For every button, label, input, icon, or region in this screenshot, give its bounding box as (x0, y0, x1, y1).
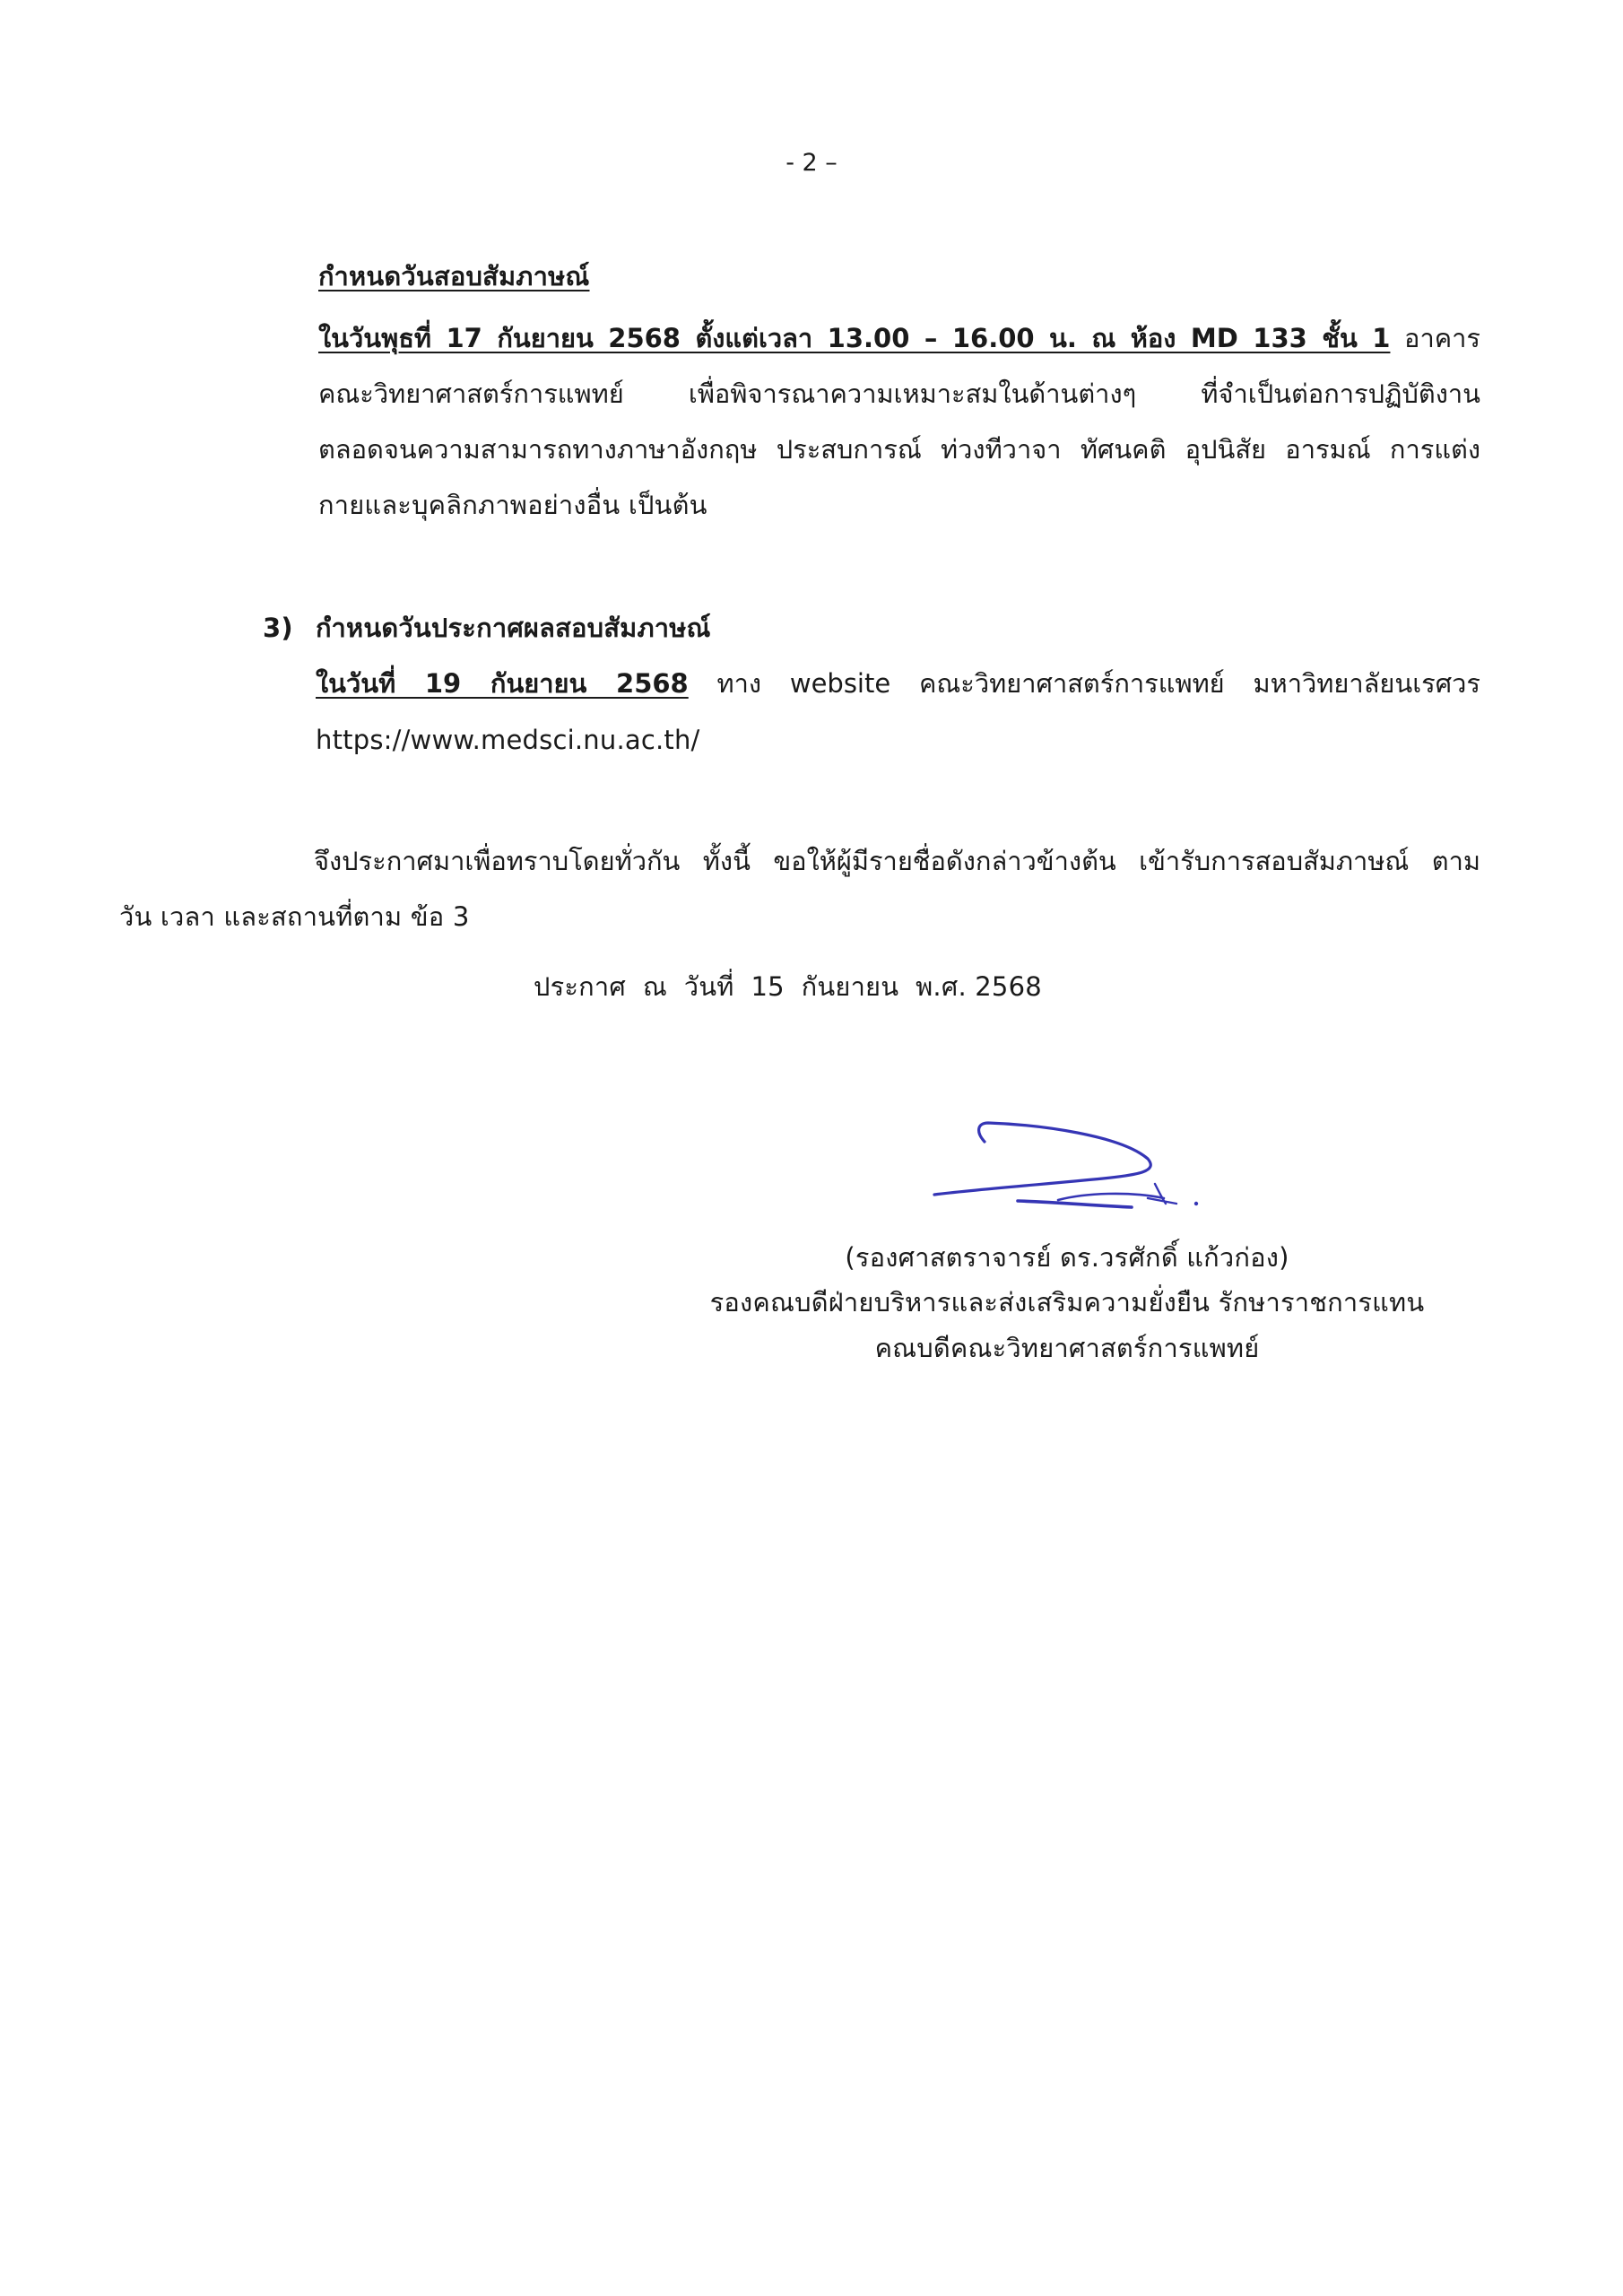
signatory-name: (รองศาสตราจารย์ ดร.วรศักดิ์ แก้วก่อง) (619, 1239, 1515, 1275)
result-date: ในวันที่ 19 กันยายน 2568 (316, 668, 689, 699)
interview-body-line-2: ตลอดจนความสามารถทางภาษาอังกฤษ ประสบการณ์… (318, 431, 1480, 467)
result-heading: กำหนดวันประกาศผลสอบสัมภาษณ์ (316, 610, 711, 646)
closing-line-1: จึงประกาศมาเพื่อทราบโดยทั่วกัน ทั้งนี้ ข… (314, 843, 1480, 879)
interview-body-line-3: กายและบุคลิกภาพอย่างอื่น เป็นต้น (318, 487, 707, 523)
interview-date: ในวันพุธที่ 17 กันยายน 2568 ตั้งแต่เวลา … (318, 323, 1390, 353)
page-number: - 2 – (0, 149, 1623, 177)
interview-date-tail: อาคาร (1390, 323, 1480, 353)
result-date-tail: ทาง website คณะวิทยาศาสตร์การแพทย์ มหาวิ… (689, 668, 1480, 699)
result-number: 3) (263, 610, 293, 646)
interview-date-line: ในวันพุธที่ 17 กันยายน 2568 ตั้งแต่เวลา … (318, 320, 1480, 356)
signature-image (924, 1112, 1211, 1211)
result-date-line: ในวันที่ 19 กันยายน 2568 ทาง website คณะ… (316, 665, 1480, 701)
announced-date: ประกาศ ณ วันที่ 15 กันยายน พ.ศ. 2568 (534, 969, 1042, 1004)
result-url[interactable]: https://www.medsci.nu.ac.th/ (316, 722, 700, 758)
signatory-position: รองคณบดีฝ่ายบริหารและส่งเสริมความยั่งยืน… (619, 1284, 1515, 1320)
signatory-acting-for: คณบดีคณะวิทยาศาสตร์การแพทย์ (619, 1330, 1515, 1366)
interview-body-line-1: คณะวิทยาศาสตร์การแพทย์ เพื่อพิจารณาความเ… (318, 376, 1480, 412)
closing-line-2: วัน เวลา และสถานที่ตาม ข้อ 3 (119, 899, 469, 935)
interview-heading: กำหนดวันสอบสัมภาษณ์ (318, 258, 590, 294)
